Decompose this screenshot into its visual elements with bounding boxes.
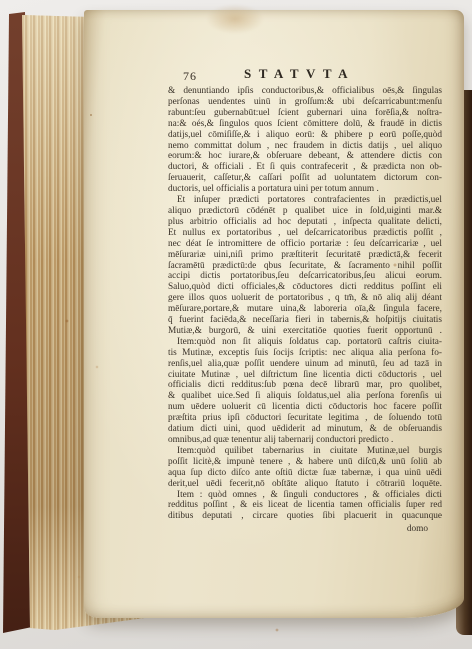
running-header: 76 STATVTA — [84, 66, 464, 86]
text-line: datijs,uel cōmiſiſſe,& i aliquo eorū: & … — [168, 130, 442, 141]
text-line: Mutiæ,& burgorū, & uini exercitatiōe quo… — [168, 326, 442, 337]
folio-number: 76 — [183, 69, 197, 84]
text-line: Et nullus ex portatoribus , uel deſcarri… — [168, 228, 442, 239]
text-line: ductori, & officiali . Et ſi quis contra… — [168, 162, 442, 173]
text-line: redditus poſſint , & eis liceat de licen… — [168, 500, 442, 511]
text-line: ductoris, uel officialis a portatura uin… — [168, 184, 442, 195]
text-line: mēſurariæ uini,niſi primo præſtiterit ſe… — [168, 250, 442, 261]
text-line: ſacramētū prædictū:de qbus ſecuritate, &… — [168, 261, 442, 272]
text-line: nec déat ſe intromittere de officio port… — [168, 239, 442, 250]
text-line: omnibus,ad quæ tenentur alij tabernarij … — [168, 435, 442, 446]
text-line: mēſurare,portare,& mutare uina,& laborer… — [168, 304, 442, 315]
text-line: Et inſuper prædicti portatores contrafac… — [168, 195, 442, 206]
text-line: poſſit licitè,& impunè tenere , & habere… — [168, 457, 442, 468]
foxing-specks — [90, 114, 92, 116]
text-line: aqua ſup dicto diſco ante oſtiū dictæ ſu… — [168, 468, 442, 479]
text-line: officialis dicti redditus:ſub pœna decē … — [168, 380, 442, 391]
text-line: rabunt:ſeu gubernabūt:uel ſcient guberna… — [168, 108, 442, 119]
book-page: 76 STATVTA & denuntiando ipſis conductor… — [84, 10, 464, 618]
text-line: ciuitate Mutinæ , uel diſtrictum ſine li… — [168, 370, 442, 381]
body-text: & denuntiando ipſis conductoribus,& offi… — [168, 86, 442, 522]
text-line: aliquo prædictorū cōdénēt p qualibet uic… — [168, 206, 442, 217]
book-photo: 76 STATVTA & denuntiando ipſis conductor… — [0, 0, 472, 649]
text-line: derit,uel uēdi fecerit,nō obſtāte aliquo… — [168, 479, 442, 490]
text-line: præſtita prius ipſi cōductori ſecuritate… — [168, 413, 442, 424]
text-line: renſis,uel alia,quæ poſſit uendere uinum… — [168, 359, 442, 370]
text-line: Item:quòd quilibet tabernarius in ciuita… — [168, 446, 442, 457]
text-line: Item:quòd non ſit aliquis ſoldatus cap. … — [168, 337, 442, 348]
text-line: datium dicti uini, quod uēdiderit ad min… — [168, 424, 442, 435]
text-line: accipi dictis portatoribus,ſeu deſcarric… — [168, 271, 442, 282]
text-line: & qualibet uice.Sed ſi aliquis ſoldatus,… — [168, 391, 442, 402]
text-line: num uēdere uoluerit cū licentia dicti cō… — [168, 402, 442, 413]
text-line: gere illos quos uoluerit de portatoribus… — [168, 293, 442, 304]
page-stain — [206, 4, 264, 34]
text-line: nemo committat dolum , nec fraudem in di… — [168, 141, 442, 152]
text-line: perſonas uendentes uinū in groſſum:& ubi… — [168, 97, 442, 108]
text-line: ditibus deputati , circare quoties ſibi … — [168, 511, 442, 522]
text-line: q̄ fuerint faciēda,& neceſſaria fieri in… — [168, 315, 442, 326]
text-line: tis Mutinæ, exceptis ſuis ſocijs ſcripti… — [168, 348, 442, 359]
text-line: plus arbitrio officialis ad hoc deputati… — [168, 217, 442, 228]
text-line: & denuntiando ipſis conductoribus,& offi… — [168, 86, 442, 97]
text-line: Item : quòd omnes , & ſinguli conductore… — [168, 490, 442, 501]
text-line: Saluo,quòd dicti officiales,& cōductores… — [168, 282, 442, 293]
text-line: ſeruauerit, caſſetur,& caſſari poſſit ad… — [168, 173, 442, 184]
text-line: eorum:& hoc iurare,& obſeruare debeant, … — [168, 151, 442, 162]
catchword: domo — [168, 524, 428, 534]
running-title: STATVTA — [244, 66, 355, 82]
text-line: na:& oés,& ſingulos quos ſcient cōmitter… — [168, 119, 442, 130]
